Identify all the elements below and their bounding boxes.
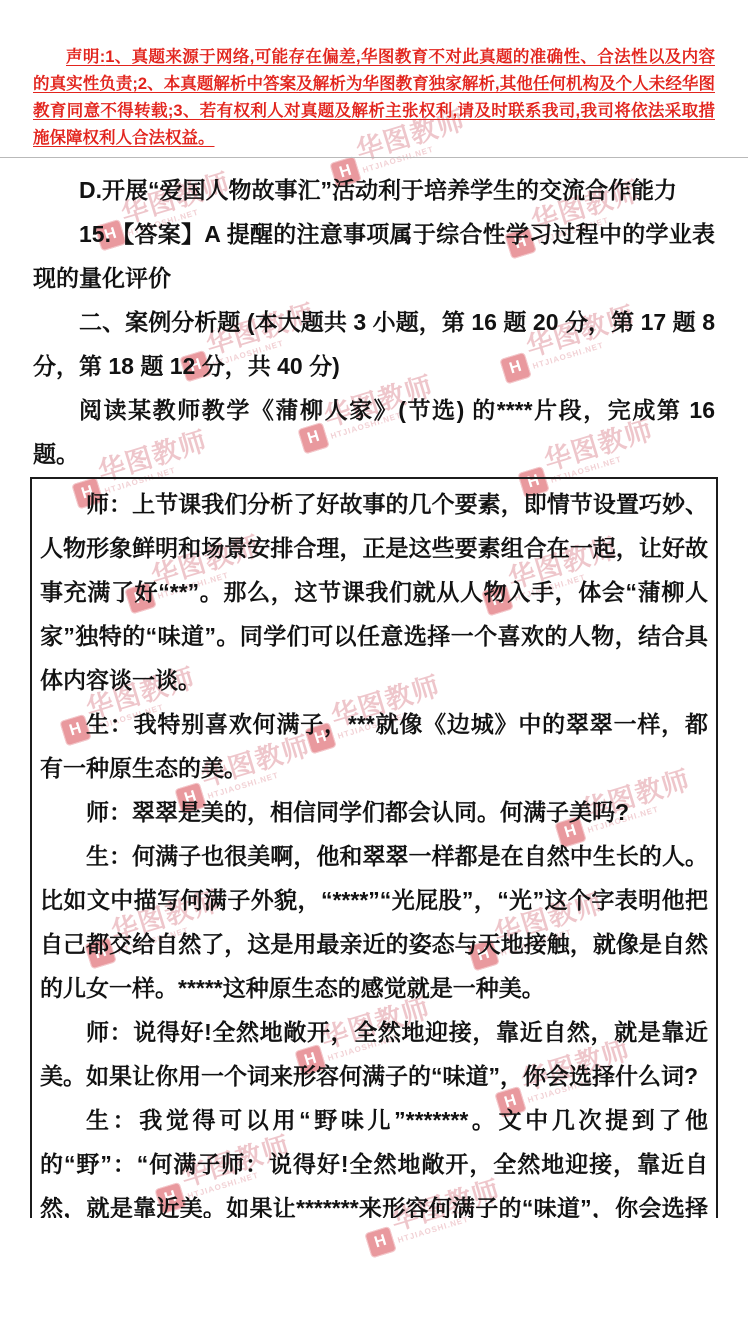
disclaimer-paragraph: 声明:1、真题来源于网络,可能存在偏差,华图教育不对此真题的准确性、合法性以及内…	[33, 44, 715, 152]
document-page: H 华图教师 HTJIAOSHI.NET H 华图教师 HTJIAOSHI.NE…	[0, 0, 748, 1335]
option-d-paragraph: D.开展“爱国人物故事汇”活动利于培养学生的交流合作能力	[33, 168, 715, 212]
document-content: 声明:1、真题来源于网络,可能存在偏差,华图教育不对此真题的准确性、合法性以及内…	[0, 44, 748, 1218]
teacher-line-2: 师：翠翠是美的，相信同学们都会认同。何满子美吗?	[40, 790, 708, 834]
student-line-3: 生：我觉得可以用“野味儿”*******。文中几次提到了他的“野”：“何满子师：…	[40, 1098, 708, 1218]
student-line-2: 生：何满子也很美啊，他和翠翠一样都是在自然中生长的人。比如文中描写何满子外貌，“…	[40, 834, 708, 1010]
teacher-line-1: 师：上节课我们分析了好故事的几个要素，即情节设置巧妙、人物形象鲜明和场景安排合理…	[40, 482, 708, 702]
student-line-1: 生：我特别喜欢何满子，***就像《边城》中的翠翠一样，都有一种原生态的美。	[40, 702, 708, 790]
huatu-logo-icon: H	[364, 1226, 396, 1258]
section-2-heading: 二、案例分析题 (本大题共 3 小题，第 16 题 20 分，第 17 题 8 …	[33, 300, 715, 388]
answer-15-paragraph: 15.【答案】A 提醒的注意事项属于综合性学习过程中的学业表现的量化评价	[33, 212, 715, 300]
body-text-block: D.开展“爱国人物故事汇”活动利于培养学生的交流合作能力 15.【答案】A 提醒…	[33, 168, 715, 476]
disclaimer-text: 1、真题来源于网络,可能存在偏差,华图教育不对此真题的准确性、合法性以及内容的真…	[33, 48, 715, 147]
reading-task-paragraph: 阅读某教师教学《蒲柳人家》(节选) 的****片段，完成第 16 题。	[33, 388, 715, 476]
lesson-excerpt-box: 师：上节课我们分析了好故事的几个要素，即情节设置巧妙、人物形象鲜明和场景安排合理…	[30, 477, 718, 1218]
header-divider	[0, 157, 748, 158]
disclaimer-label: 声明:	[66, 48, 105, 66]
teacher-line-3: 师：说得好!全然地敞开，全然地迎接，靠近自然，就是靠近美。如果让你用一个词来形容…	[40, 1010, 708, 1098]
